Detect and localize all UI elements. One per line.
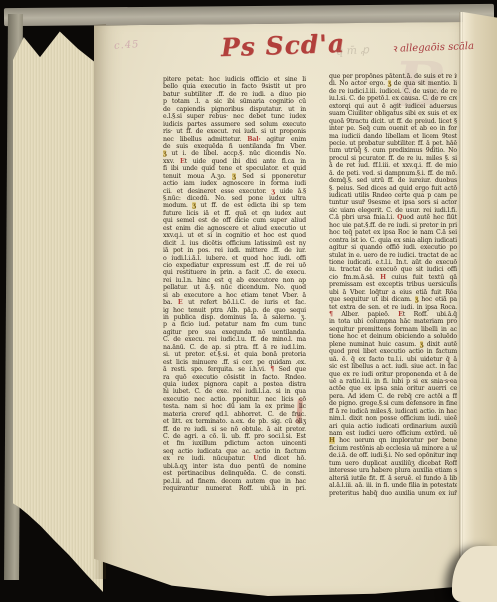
text-line: pellatur. ut ā.§. nūc dicendum. No. quod: [163, 284, 306, 291]
text-line: pitere petat: hoc iudicis officio et sin…: [163, 76, 306, 83]
text-line: requirantur numerat Roff. ubi.ā in pri.: [163, 485, 306, 492]
text-line: ficium restōnis ab ecclesia uā minore a …: [329, 445, 457, 452]
text-line: est licis minuere .ff. si cer. pe quidam…: [163, 359, 306, 366]
text-line: actōe que ex ipsa snia oritur auerri ce: [329, 385, 457, 392]
text-line: interesse ura habere plura auxilia etiam…: [329, 467, 457, 474]
text-line: §. peius. Sed dices ad quid ergo fuit ac…: [329, 185, 457, 192]
text-line: demq̄.§. sed utrū ff. de iureiur. duobus: [329, 177, 457, 184]
text-line: ubi ā Vber. loq̄tur a eius etiā fuit Rōa: [329, 289, 457, 296]
text-line: de re iudici.l.iii. iudicei. C. de usuc.…: [329, 88, 457, 95]
text-line: sequitur premittens formam libelli in ac: [329, 326, 457, 333]
text-line: agitur si quando offiō iudi. executio po: [329, 244, 457, 251]
text-line: iudicis partes assumere sed solum execut…: [163, 121, 306, 128]
text-line: est pertinacibus delinquēda. C. de const…: [163, 470, 306, 477]
text-line: materia creref qd.l. abhorret. C. de fru…: [163, 411, 306, 418]
text-line: extorqi qui aut ē agit iudicei aduersus: [329, 103, 457, 110]
text-line: xxv. Et uide quod ibi dixi ante fi.ca in: [163, 158, 306, 165]
text-line: batur subtiliter .ff. de re iudi. a diuo…: [163, 91, 306, 98]
page-stack-edges: [13, 20, 103, 592]
text-line: de suis exequēda ñ uentilanda fm Vber.: [163, 143, 306, 150]
text-line: plene numinat huic casum. ʒ dixit autē: [329, 341, 457, 348]
text-line: ra quō executio cōsistit in facto. Rndeo…: [163, 374, 306, 381]
text-line: quod prei libet executio actio in factum: [329, 348, 457, 355]
text-line: iu. tractat de execuō que sit iudici off…: [329, 266, 457, 273]
text-line: que per propōnes pātent.ā. de suis et re…: [329, 73, 457, 80]
text-line: in publica disp. dominus Ia. ā salerno. …: [163, 314, 306, 321]
text-line: na.ānū. C. de ap. si ptra. ff. ā re iud.…: [163, 344, 306, 351]
text-line: tenuit moua A.ʒo. ʒ Sed si pponeretur: [163, 173, 306, 180]
text-line: quia iudex pignora capit a postea distra: [163, 381, 306, 388]
text-line: ff. de re iudi. si se nō obtule. ā ait p…: [163, 426, 306, 433]
text-line: o iudi.l.i.ā.l. iubere. et quod hoc iudi…: [163, 255, 306, 262]
text-line: H hoc uerum qn imploratur per bene: [329, 437, 457, 444]
text-line: quoā 9tractu dicit. ut ff. de preiud. li…: [329, 118, 457, 125]
text-line: ma iudicii dando libellam et licem 9test: [329, 133, 457, 140]
text-line: si ab executore a hoc etiam tenet Vber. …: [163, 292, 306, 299]
text-line: fi ibi unde quid tene et speculator. et …: [163, 165, 306, 172]
gilt-initial: ʒ: [163, 150, 166, 157]
text-line: stulat in e. uero de re iudici. tractat …: [329, 252, 457, 259]
text-line: ff ā re iudicā miles.§. iudicati actio. …: [329, 408, 457, 415]
text-line: de pigno. grege.§.si cum defensore in fi…: [329, 400, 457, 407]
text-line: p totam .l. a sic ibi sūmaria cognitio c…: [163, 98, 306, 105]
text-line: pecie. ut probatur subtiliter. ff. ā pet…: [329, 140, 457, 147]
text-line: rei iu.l.n. hinc est q ab executore non …: [163, 277, 306, 284]
text-line: uā. ē. q̄ ex facto tu.l.i. ubi uidetur q…: [329, 356, 457, 363]
text-line: tum utrūq̄ §. cum prediximus 9ditio. No: [329, 147, 457, 154]
gilt-initial: ʒ: [420, 341, 423, 348]
text-line: tione hoc et deinum obiciendo a soluēdo: [329, 333, 457, 340]
text-line: al.ā.l.iii. aā. iii. in fi. unde filia i…: [329, 482, 457, 489]
rubric-initial: E: [180, 158, 185, 165]
text-line: ʒ ut i. de libel. accp.§. nūc dicendis N…: [163, 150, 306, 157]
text-line: tum uero duplicat auxiliūʒ dicebat Roff: [329, 460, 457, 467]
text-line: ubi.ā.qʒ inter ista duo pentū de nomine: [163, 463, 306, 470]
text-line: modum. ʒ ut ff. de est edicta ibi sp tem: [163, 202, 306, 209]
text-line: qui semel est de off dicie cum super ali…: [163, 217, 306, 224]
rubric-initial: Bal·: [247, 136, 260, 143]
text-line: ¶ Alber. papieō. Et Roff. ubi.ā.q̄: [329, 311, 457, 318]
text-line: tione iudicati. e.t.l.i. In.t. aūt de ex…: [329, 259, 457, 266]
gilt-initial: ʒ: [232, 173, 235, 180]
text-line: pera. Ad idem C. de rebq̄ cre actōi a ff: [329, 393, 457, 400]
gilt-initial: H: [329, 437, 335, 444]
text-line: iu.l.si. C. de ppetō.l. ex causa. C. de …: [329, 95, 457, 102]
text-line: que sequitur ut ibi dicam. ʒ hoc etiā pa: [329, 296, 457, 303]
text-line: ris· ut ff. de execut. rei iudi. si ut p…: [163, 128, 306, 135]
text-line: testa. nam si hoc dū iam la ex prime lic: [163, 403, 306, 410]
text-line: dicit .l. ius dicētis officium latissimū…: [163, 240, 306, 247]
text-line: ā resti. spo. ferquita. se i.h.vi. ¶ Sed…: [163, 366, 306, 373]
text-line: di. No actor ergo. ʒ de qua sit mentio. …: [329, 80, 457, 87]
text-line: premissam est exceptis tribus uersiculis: [329, 281, 457, 288]
rubric-initial: ¶: [270, 366, 274, 373]
rubric-initial: Q: [397, 214, 402, 221]
text-line: qui restituere in prin. a facit .C. de e…: [163, 269, 306, 276]
book-photograph: c.45 Ps Scd'a q̄ m̄ ꝓ ꝛ allegaōis scāla …: [0, 0, 497, 602]
text-line: nim.l. dixit non posse officium iudi. ui…: [329, 415, 457, 422]
rubric-initial: E: [398, 311, 403, 318]
gilt-initial: ʒ: [415, 296, 418, 303]
rubric-initial: H: [380, 274, 386, 281]
text-line: xxv.q.i. ut et si in cognitio et hoc est…: [163, 232, 306, 239]
text-line: sic uiam elegerit. C. de usur. rei iudi.…: [329, 207, 457, 214]
text-line: nam est iudici uero officium extōrd. uē: [329, 430, 457, 437]
text-line: C.ā pbri ursa fnia.l.i. Quod autē hec fi…: [329, 214, 457, 221]
gilt-initial: ʒ: [388, 80, 391, 87]
text-line: hoc uie pat.§.ff. de re iudi. si pretor …: [329, 222, 457, 229]
text-line: in tota ubi columpna hāc materiam pro: [329, 318, 457, 325]
text-line: tuntur usur̄ 9sesme et ipsa sors si acto…: [329, 199, 457, 206]
text-line: C. de execu. rei iudic.l.u. ff. de mino.…: [163, 336, 306, 343]
text-line: tet extra de sen. et re iudi. in ipsa Ro…: [329, 304, 457, 311]
text-line: hi iubet. C. de exe. rei iudi.l.i.a. si …: [163, 388, 306, 395]
text-line: procul si pcurator. ff. de re iu. miles …: [329, 155, 457, 162]
text-line: inter pe. Seq̄ cum ouenit et ab eo in fo…: [329, 125, 457, 132]
rubric-initial: E: [178, 299, 183, 306]
text-line: iā pot in pos. rei iudi. mittere .ff. de…: [163, 247, 306, 254]
rubric-initial: ʒ: [271, 188, 274, 195]
text-column-right: que per propōnes pātent.ā. de suis et re…: [329, 73, 457, 497]
text-line: pe.l.ii. ad finem. decem autem que in ha…: [163, 478, 306, 485]
text-line: bello quia executio in facto 9sistit ut …: [163, 83, 306, 90]
text-line: actio iam iudex agnoscere in forma iudi: [163, 180, 306, 187]
text-line: sic est libellus a act. iudi. siue act. …: [329, 363, 457, 370]
text-line: hoc teq̄ patet ex ipsa Roc ie nam C.ā se…: [329, 229, 457, 236]
rubric-initial: ¶: [329, 311, 333, 318]
faint-manuscript-note: q̄ m̄ ꝓ: [336, 43, 370, 58]
gilt-initial: ʒ: [192, 202, 195, 209]
text-line: cii. et desineret esse executor. ʒ uide …: [163, 188, 306, 195]
text-line: ex re iudi. nūcupatur. Und dicet hō.: [163, 455, 306, 462]
text-line: de capiendis pignoribus disputatur. ut i…: [163, 106, 306, 113]
text-line: ba. E ut refert bō.l.i.C. de iuris et fa…: [163, 299, 306, 306]
text-line: ari quia actio iudicati ordinarium auxiū: [329, 423, 457, 430]
text-line: iudicati utilis Rndeo certe qua p cam pe: [329, 192, 457, 199]
text-line: contra ist io. C. quia ex snia aliqn iud…: [329, 237, 457, 244]
text-line: uē a ratio.l.ii. in fi. iubi p si ex sni…: [329, 378, 457, 385]
next-page-edge: [463, 12, 497, 580]
text-line: de.i.ā. de off. iudi.§.i. No sed opōnitu…: [329, 452, 457, 459]
text-line: et litt. ex terminato. a.ex. de pb. sig.…: [163, 418, 306, 425]
text-line: cio expediatur expressum est .ff. de rei…: [163, 262, 306, 269]
text-column-left: pitere petat: hoc iudicis officio et sin…: [163, 76, 306, 493]
margin-foliation-mark: c.45: [114, 39, 140, 52]
text-line: executio nec actio. pponitur. nec licis …: [163, 396, 306, 403]
text-line: p a ficio iud. petatur nam fm cum tunc: [163, 321, 306, 328]
text-line: preteritus habq̄ duo auxilia unum ex iur…: [329, 490, 457, 497]
text-line: §.nūc: dicedū. No. sed pone iudex ultra: [163, 195, 306, 202]
text-line: e.l.§.si super rebus· nec debet tunc iud…: [163, 113, 306, 120]
text-line: ā de ret iud. ff.l.iii. et xxv.q.i. ff. …: [329, 162, 457, 169]
text-line: nec libellus admittetur. Bal· agitur eni…: [163, 136, 306, 143]
text-line: si. ut pretor. et.§.si. et quia bonā pre…: [163, 351, 306, 358]
rubric-initial: U: [253, 455, 258, 462]
text-line: alteriā iutile fit. ff. ā seruē. el fund…: [329, 475, 457, 482]
text-line: ig hoc tenuit ptra Alb. pā.p. de quo seq…: [163, 307, 306, 314]
text-line: agitur pro sua exequnda nō uentilanda.: [163, 329, 306, 336]
text-line: C. de agri. a cō. li. ub. ff. pro soci.l…: [163, 433, 306, 440]
text-line: que ex re iudi oritur proponenda et ā de: [329, 371, 457, 378]
text-line: ā. de peti. ved. si dampnum.§.i. ff. de …: [329, 170, 457, 177]
text-line: suam Ciuiliter obligatus sibi ex suis et…: [329, 110, 457, 117]
text-line: future licis iā et ff. quā et qn iudex a…: [163, 210, 306, 217]
text-line: est enim die agnoscere et aliud executio…: [163, 225, 306, 232]
text-line: cio fm.m.ā.sā. H cuius fuit textū qā: [329, 274, 457, 281]
text-line: seq actio iudicata que ac. actio in fact…: [163, 448, 306, 455]
text-line: et fm iuxillum pdictum acton uincenti: [163, 440, 306, 447]
